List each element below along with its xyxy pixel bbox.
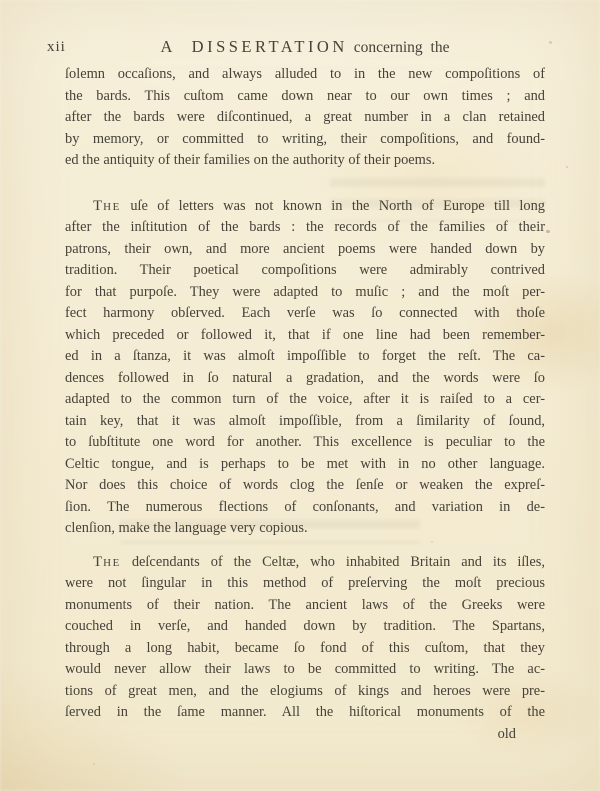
book-page-scan: xii A DISSERTATIONconcerning the ſolemn … [0,0,600,791]
text-line: after the bards were diſcontinued, a gre… [65,107,545,129]
paper-speck [431,541,433,543]
small-caps-lead: HE [103,201,121,213]
text-line: through a long habit, became ſo fond of … [65,638,545,660]
text-line: Celtic tongue, and is perhaps to be met … [65,454,545,476]
text-line: adapted to the common turn of the voice,… [65,389,545,411]
paper-speck [566,166,568,168]
text-line: tions of great men, and the elogiums of … [65,681,545,703]
text-line: ed the antiquity of their families on th… [65,150,545,172]
text-line: for that purpoſe. They were adapted to m… [65,282,545,304]
text-line: by memory, or committed to writing, thei… [65,129,545,151]
text-line: fect harmony obſerved. Each verſe was ſo… [65,303,545,325]
text-line: to ſubſtitute one word for another. This… [65,432,545,454]
text-line: tain key, that it was almoſt impoſſible,… [65,411,545,433]
text-line: THE deſcendants of the Celtæ, who inhabi… [65,552,545,574]
page-header: xii A DISSERTATIONconcerning the [0,37,600,57]
catchword: old [65,724,545,746]
text-line: were not ſingular in this method of preſ… [65,573,545,595]
drop-initial: T [93,198,102,214]
text-line: clenſion, make the language very copious… [65,518,545,540]
running-title: A DISSERTATIONconcerning the [65,37,545,57]
text-line: ſolemn occaſions, and always alluded to … [65,64,545,86]
page-number: xii [47,39,66,56]
text-line: THE uſe of letters was not known in the … [65,196,545,218]
paper-speck [549,41,552,44]
text-line: Nor does this choice of words clog the ſ… [65,475,545,497]
paragraph: THE uſe of letters was not known in the … [65,196,545,540]
text-line: ed in a ſtanza, it was almoſt impoſſible… [65,346,545,368]
text-block: ſolemn occaſions, and always alluded to … [65,64,545,745]
text-line: tradition. Their poetical compoſitions w… [65,260,545,282]
text-line: couched in verſe, and handed down by tra… [65,616,545,638]
paragraphs-container: ſolemn occaſions, and always alluded to … [65,64,545,724]
drop-initial: T [93,554,102,570]
text-line: would never allow their laws to be commi… [65,659,545,681]
text-line: ſerved in the ſame manner. All the hiſto… [65,702,545,724]
paper-speck [306,97,308,99]
paragraph: THE deſcendants of the Celtæ, who inhabi… [65,552,545,724]
paper-speck [546,230,550,233]
running-title-rest: concerning the [354,39,450,56]
running-title-caps: A DISSERTATION [161,37,348,56]
text-line: after the inſtitution of the bards : the… [65,217,545,239]
text-line: dences followed in ſo natural a gradatio… [65,368,545,390]
text-line: which preceded or followed it, that if o… [65,325,545,347]
paper-speck [93,763,95,765]
paragraph: ſolemn occaſions, and always alluded to … [65,64,545,172]
text-line: the bards. This cuſtom came down near to… [65,86,545,108]
text-line: patrons, their own, and more ancient poe… [65,239,545,261]
text-line: monuments of their nation. The ancient l… [65,595,545,617]
small-caps-lead: HE [103,557,121,569]
text-line: ſion. The numerous flections of conſonan… [65,497,545,519]
